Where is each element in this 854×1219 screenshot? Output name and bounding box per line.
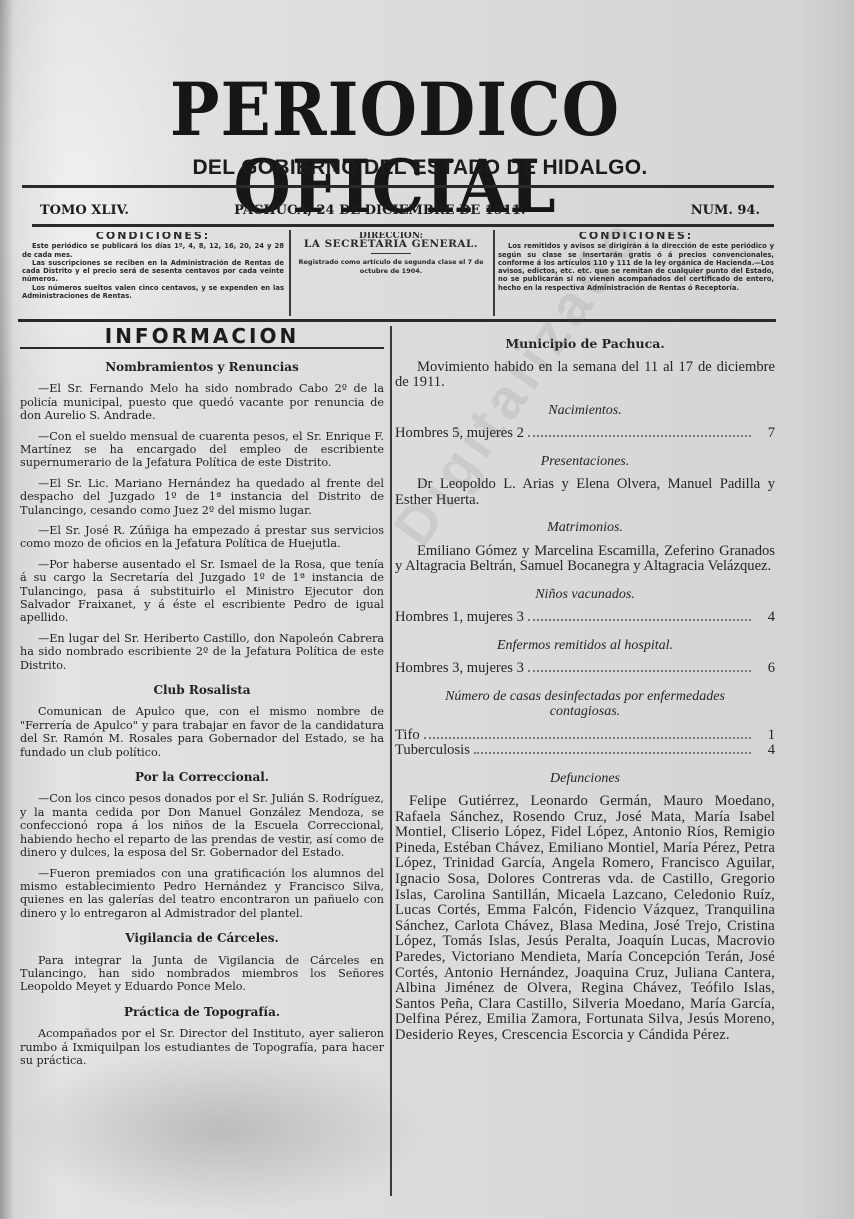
volume-label: TOMO XLIV.: [40, 203, 129, 218]
section-title: Vigilancia de Cárceles.: [20, 932, 384, 945]
row-label: Hombres 3, mujeres 3: [395, 661, 524, 677]
article-paragraph: Comunican de Apulco que, con el mismo no…: [20, 705, 384, 759]
leader-dots: [528, 619, 751, 621]
desinfectadas-row: Tifo 1: [395, 728, 775, 744]
matrimonios-title: Matrimonios.: [395, 520, 775, 536]
conditions-divider: [289, 230, 291, 316]
leader-dots: [528, 435, 751, 437]
newspaper-subtitle: DEL GOBIERNO DEL ESTADO DE HIDALGO.: [150, 156, 690, 180]
presentaciones-text: Dr Leopoldo L. Arias y Elena Olvera, Man…: [395, 477, 775, 508]
masthead-rule-top: [22, 185, 774, 188]
defunciones-text: Felipe Gutiérrez, Leonardo Germán, Mauro…: [395, 794, 775, 1044]
row-total: 4: [759, 610, 775, 626]
conditions-left-para: Este periódico se publicará los días 1º,…: [22, 242, 284, 259]
hospital-row: Hombres 3, mujeres 3 6: [395, 661, 775, 677]
section-title: Práctica de Topografía.: [20, 1006, 384, 1019]
article-paragraph: —Con el sueldo mensual de cuarenta pesos…: [20, 430, 384, 470]
direccion-box: DIRECCION: LA SECRETARIA GENERAL. Regist…: [293, 232, 489, 318]
article-paragraph: —Por haberse ausentado el Sr. Ismael de …: [20, 558, 384, 625]
article-paragraph: —El Sr. Lic. Mariano Hernández ha quedad…: [20, 477, 384, 517]
direccion-dash: [371, 253, 411, 254]
conditions-left-para: Los números sueltos valen cinco centavos…: [22, 284, 284, 301]
conditions-left-title: CONDICIONES:: [22, 232, 284, 240]
article-paragraph: —El Sr. Fernando Melo ha sido nombrado C…: [20, 382, 384, 422]
leader-dots: [528, 670, 751, 672]
row-label: Hombres 5, mujeres 2: [395, 426, 524, 442]
informacion-heading: INFORMACION: [20, 330, 384, 343]
issue-number: NUM. 94.: [691, 203, 760, 218]
row-label: Hombres 1, mujeres 3: [395, 610, 524, 626]
conditions-rule-bottom: [18, 319, 776, 322]
date-label: PACHUCA, 24 DE DICIEMBRE DE 1911.: [234, 203, 525, 218]
nacimientos-row: Hombres 5, mujeres 2 7: [395, 426, 775, 442]
desinfectadas-title: Número de casas desinfectadas por enferm…: [395, 689, 775, 720]
conditions-divider: [493, 230, 495, 316]
section-title: Nombramientos y Renuncias: [20, 361, 384, 374]
conditions-right-text: Los remitidos y avisos se dirigirán á la…: [498, 242, 774, 292]
article-paragraph: —Con los cinco pesos donados por el Sr. …: [20, 792, 384, 859]
municipio-intro: Movimiento habido en la semana del 11 al…: [395, 360, 775, 391]
column-divider: [390, 326, 392, 1196]
article-paragraph: —El Sr. José R. Zúñiga ha empezado á pre…: [20, 524, 384, 551]
leader-dots: [424, 737, 751, 739]
article-paragraph: —Fueron premiados con una gratificación …: [20, 867, 384, 921]
row-label: Tuberculosis: [395, 743, 470, 759]
hospital-title: Enfermos remitidos al hospital.: [395, 638, 775, 654]
masthead-rule-bottom: [32, 224, 774, 227]
row-value: 1: [759, 728, 775, 744]
informacion-column: INFORMACION Nombramientos y Renuncias —E…: [20, 330, 384, 1074]
conditions-right-title: CONDICIONES:: [498, 232, 774, 240]
conditions-right: CONDICIONES: Los remitidos y avisos se d…: [498, 232, 774, 318]
row-label: Tifo: [395, 728, 420, 744]
vacunados-title: Niños vacunados.: [395, 587, 775, 603]
defunciones-title: Defunciones: [395, 771, 775, 787]
article-paragraph: Para integrar la Junta de Vigilancia de …: [20, 954, 384, 994]
section-title: Club Rosalista: [20, 684, 384, 697]
article-paragraph: —En lugar del Sr. Heriberto Castillo, do…: [20, 632, 384, 672]
row-total: 6: [759, 661, 775, 677]
municipio-column: Municipio de Pachuca. Movimiento habido …: [395, 336, 775, 1044]
newspaper-title: PERIODICO OFICIAL: [50, 71, 740, 225]
direccion-name: LA SECRETARIA GENERAL.: [293, 240, 489, 248]
newspaper-page: PERIODICO OFICIAL DEL GOBIERNO DEL ESTAD…: [0, 0, 854, 1219]
conditions-left-para: Las suscripciones se reciben en la Admin…: [22, 259, 284, 284]
dateline-bar: TOMO XLIV. PACHUCA, 24 DE DICIEMBRE DE 1…: [40, 203, 760, 218]
presentaciones-title: Presentaciones.: [395, 454, 775, 470]
conditions-left: CONDICIONES: Este periódico se publicará…: [22, 232, 284, 318]
vacunados-row: Hombres 1, mujeres 3 4: [395, 610, 775, 626]
article-paragraph: Acompañados por el Sr. Director del Inst…: [20, 1027, 384, 1067]
leader-dots: [474, 752, 751, 754]
row-value: 4: [759, 743, 775, 759]
nacimientos-title: Nacimientos.: [395, 403, 775, 419]
row-total: 7: [759, 426, 775, 442]
section-title: Por la Correccional.: [20, 771, 384, 784]
matrimonios-text: Emiliano Gómez y Marcelina Escamilla, Ze…: [395, 544, 775, 575]
municipio-title: Municipio de Pachuca.: [395, 336, 775, 352]
registro-text: Registrado como artículo de segunda clas…: [293, 258, 489, 276]
desinfectadas-row: Tuberculosis 4: [395, 743, 775, 759]
